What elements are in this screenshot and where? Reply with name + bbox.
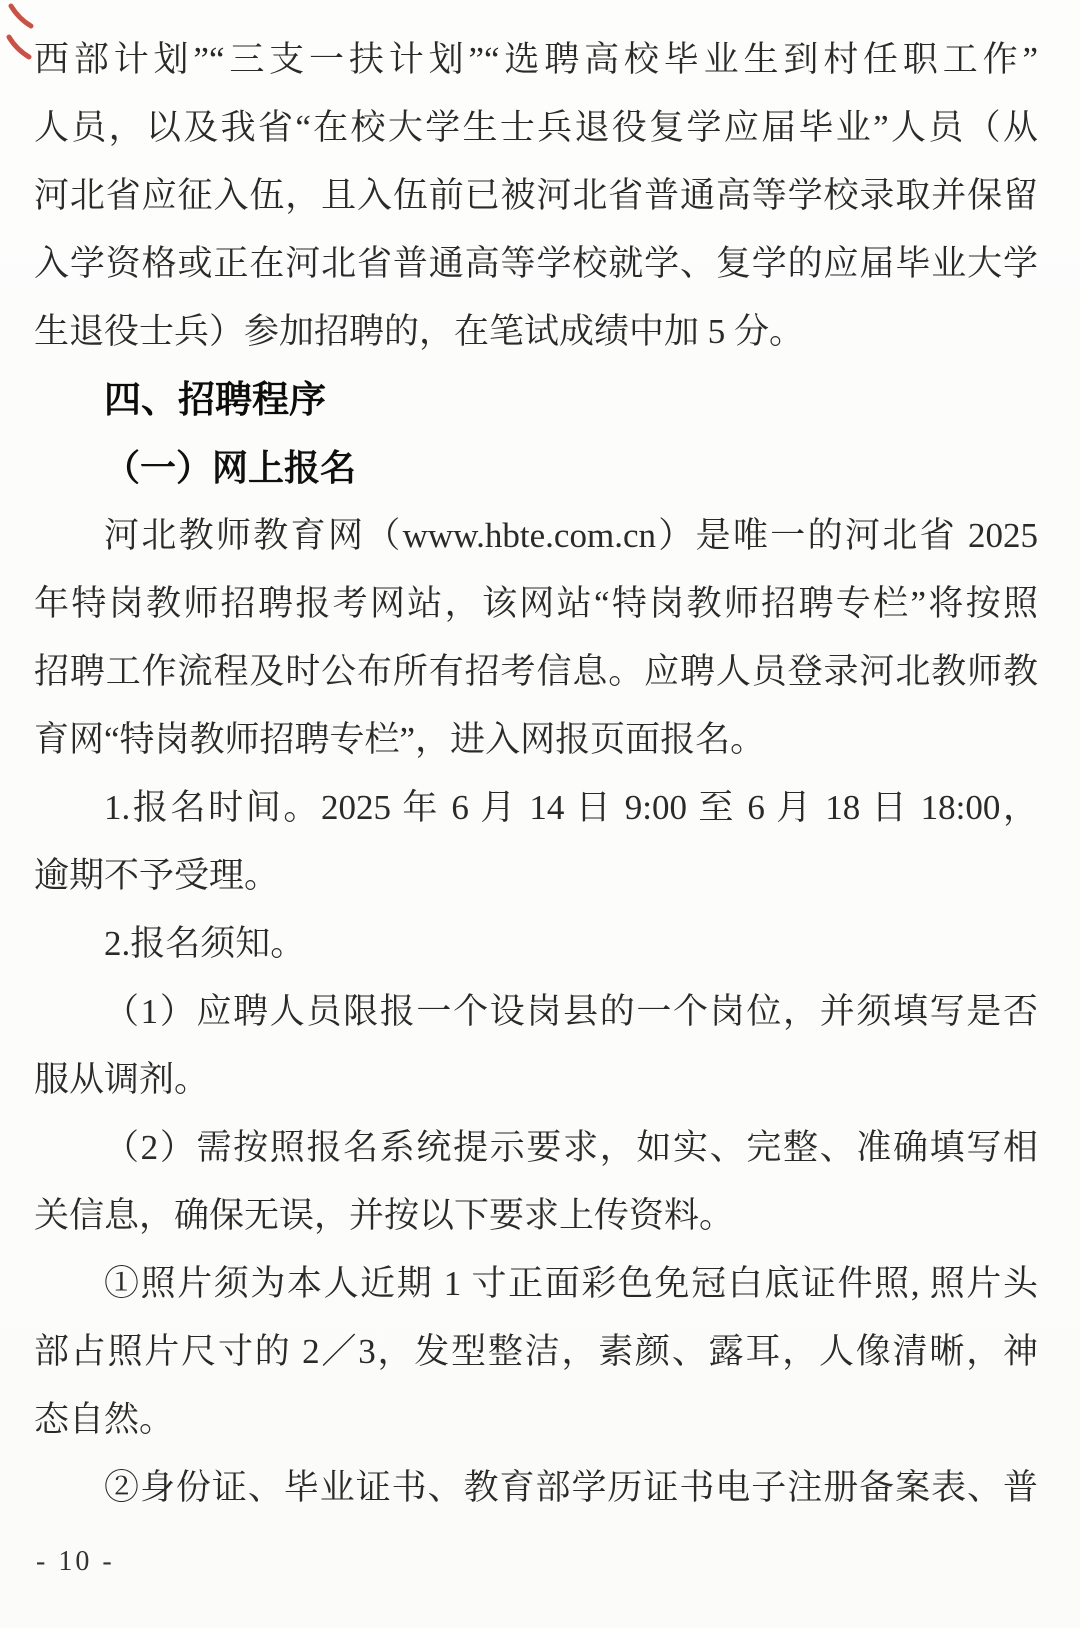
paragraph-note-1: （1）应聘人员限报一个设岗县的一个岗位，并须填写是否服从调剂。 — [34, 978, 1038, 1114]
document-line: 四、招聘程序 — [34, 366, 1038, 434]
document-line: ②身份证、毕业证书、教育部学历证书电子注册备案表、普 — [34, 1454, 1038, 1522]
document-line: 育网“特岗教师招聘专栏”，进入网报页面报名。 — [34, 706, 1038, 774]
subsection-heading-online-registration: （一）网上报名 — [34, 434, 1038, 502]
document-line: 逾期不予受理。 — [34, 842, 1038, 910]
document-line: 关信息，确保无误，并按以下要求上传资料。 — [34, 1182, 1038, 1250]
document-line: 西部计划”“三支一扶计划”“选聘高校毕业生到村任职工作” — [34, 26, 1038, 94]
document-line: 部占照片尺寸的 2／3，发型整洁，素颜、露耳，人像清晰，神 — [34, 1318, 1038, 1386]
document-line: 2.报名须知。 — [34, 910, 1038, 978]
paragraph-registration-website: 河北教师教育网（www.hbte.com.cn）是唯一的河北省 2025年特岗教… — [34, 502, 1038, 774]
document-line: 入学资格或正在河北省普通高等学校就学、复学的应届毕业大学 — [34, 230, 1038, 298]
document-line: 河北教师教育网（www.hbte.com.cn）是唯一的河北省 2025 — [34, 502, 1038, 570]
paragraph-upload-certificates: ②身份证、毕业证书、教育部学历证书电子注册备案表、普 — [34, 1454, 1038, 1522]
document-line: 服从调剂。 — [34, 1046, 1038, 1114]
document-line: 人员，以及我省“在校大学生士兵退役复学应届毕业”人员（从 — [34, 94, 1038, 162]
paragraph-registration-notes: 2.报名须知。 — [34, 910, 1038, 978]
paragraph-note-2: （2）需按照报名系统提示要求，如实、完整、准确填写相关信息，确保无误，并按以下要… — [34, 1114, 1038, 1250]
document-line: 年特岗教师招聘报考网站，该网站“特岗教师招聘专栏”将按照 — [34, 570, 1038, 638]
document-line: ①照片须为本人近期 1 寸正面彩色免冠白底证件照, 照片头 — [34, 1250, 1038, 1318]
document-line: （1）应聘人员限报一个设岗县的一个岗位，并须填写是否 — [34, 978, 1038, 1046]
document-line: 生退役士兵）参加招聘的，在笔试成绩中加 5 分。 — [34, 298, 1038, 366]
page-number: - 10 - — [36, 1546, 115, 1578]
document-line: （一）网上报名 — [34, 434, 1038, 502]
document-line: 招聘工作流程及时公布所有招考信息。应聘人员登录河北教师教 — [34, 638, 1038, 706]
document-line: （2）需按照报名系统提示要求，如实、完整、准确填写相 — [34, 1114, 1038, 1182]
document-page: 西部计划”“三支一扶计划”“选聘高校毕业生到村任职工作”人员，以及我省“在校大学… — [0, 0, 1080, 1628]
document-line: 态自然。 — [34, 1386, 1038, 1454]
paragraph-registration-time: 1.报名时间。2025 年 6 月 14 日 9:00 至 6 月 18 日 1… — [34, 774, 1038, 910]
document-line: 1.报名时间。2025 年 6 月 14 日 9:00 至 6 月 18 日 1… — [34, 774, 1038, 842]
document-line: 河北省应征入伍，且入伍前已被河北省普通高等学校录取并保留 — [34, 162, 1038, 230]
paragraph-upload-photo: ①照片须为本人近期 1 寸正面彩色免冠白底证件照, 照片头部占照片尺寸的 2／3… — [34, 1250, 1038, 1454]
section-heading-recruitment-procedure: 四、招聘程序 — [34, 366, 1038, 434]
paragraph-bonus-policy: 西部计划”“三支一扶计划”“选聘高校毕业生到村任职工作”人员，以及我省“在校大学… — [34, 26, 1038, 366]
text-column: 西部计划”“三支一扶计划”“选聘高校毕业生到村任职工作”人员，以及我省“在校大学… — [34, 26, 1038, 1522]
